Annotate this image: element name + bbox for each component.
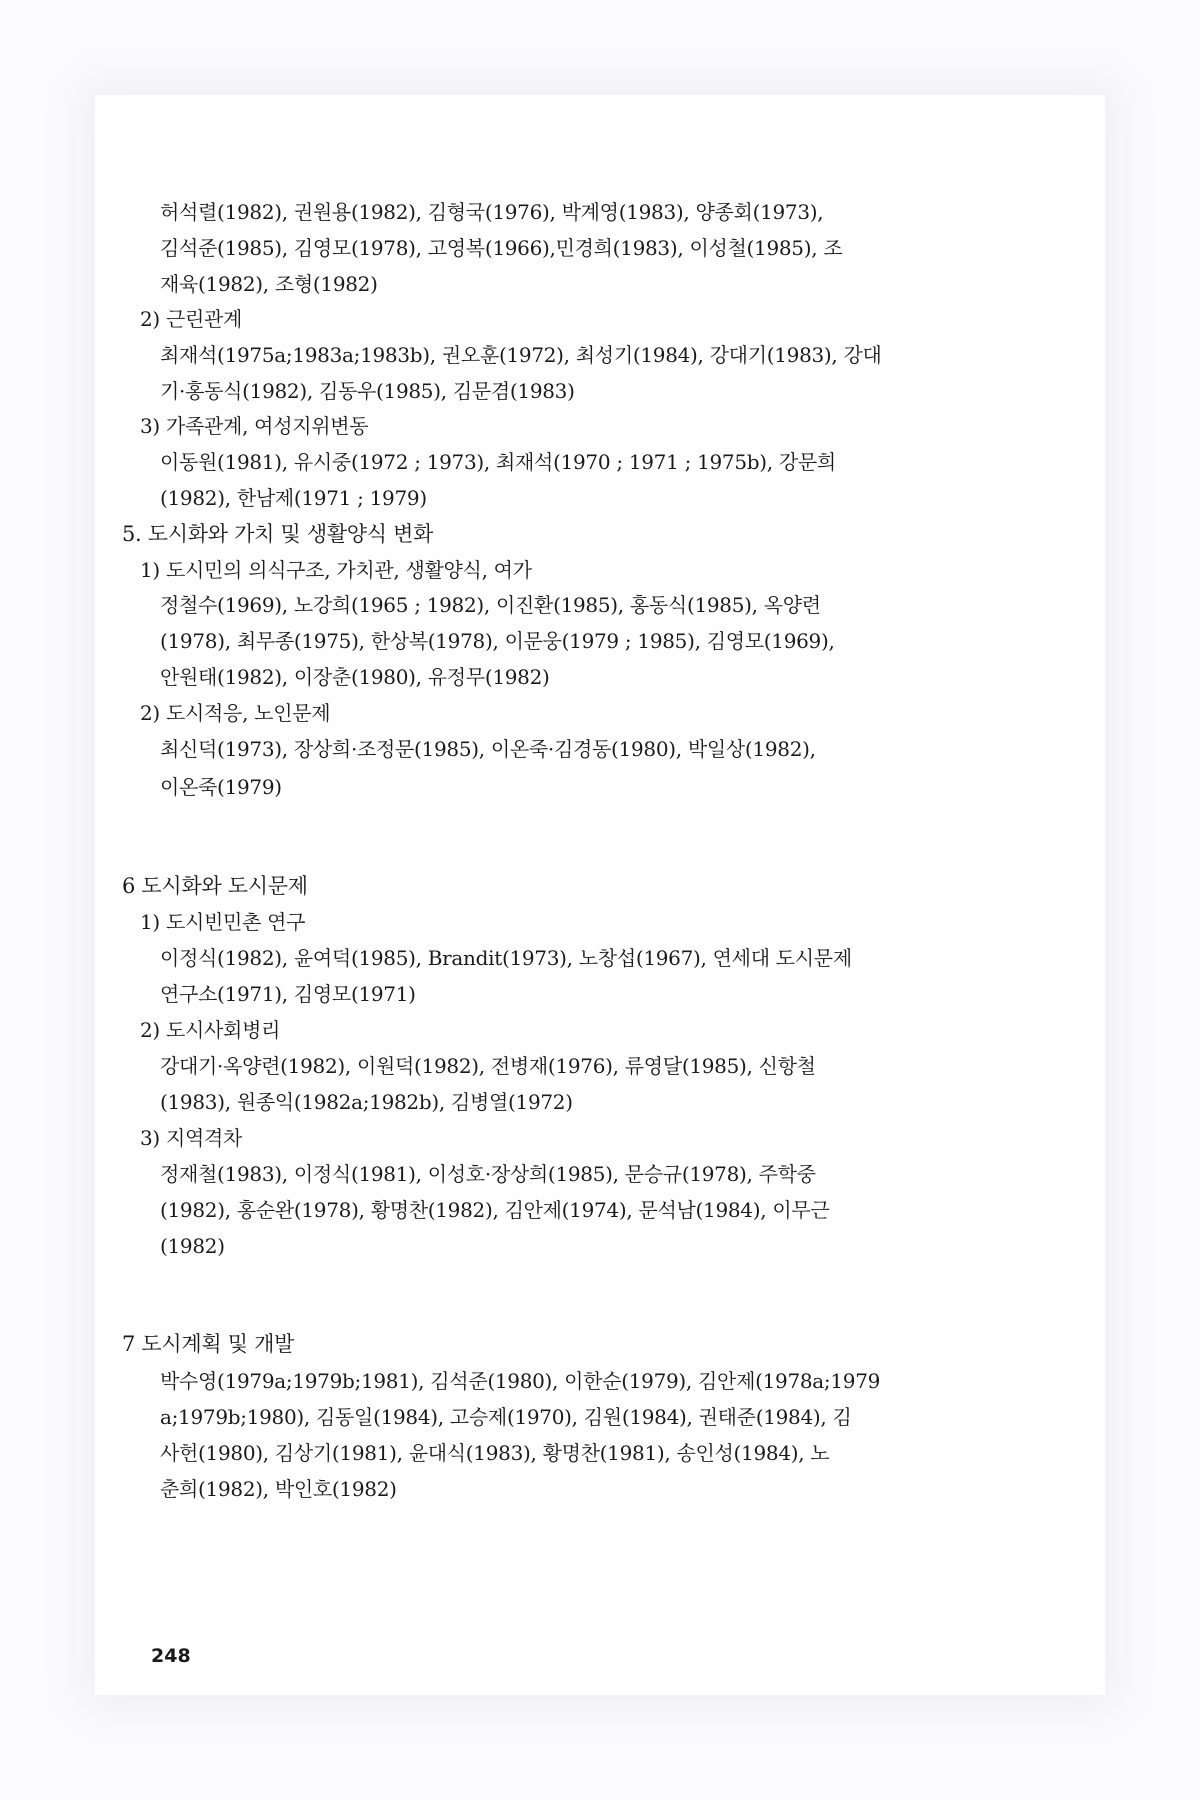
reference-line: 정재철(1983), 이정식(1981), 이성호·장상희(1985), 문승규… <box>160 1160 816 1188</box>
document-page: 허석렬(1982), 권원용(1982), 김형국(1976), 박계영(198… <box>0 0 1200 1800</box>
subsection-heading: 1) 도시빈민촌 연구 <box>140 908 305 936</box>
reference-line: (1982) <box>160 1232 225 1260</box>
reference-line: (1983), 원종익(1982a;1982b), 김병열(1972) <box>160 1088 573 1116</box>
reference-line: 이온죽(1979) <box>160 773 282 801</box>
reference-line: 박수영(1979a;1979b;1981), 김석준(1980), 이한순(19… <box>160 1367 880 1395</box>
page-number: 248 <box>151 1645 191 1667</box>
reference-line: 안원태(1982), 이장춘(1980), 유정무(1982) <box>160 663 550 691</box>
reference-line: a;1979b;1980), 김동일(1984), 고승제(1970), 김원(… <box>160 1403 852 1431</box>
subsection-heading: 2) 도시사회병리 <box>140 1016 280 1044</box>
reference-line: 기·홍동식(1982), 김동우(1985), 김문겸(1983) <box>160 377 575 405</box>
reference-line: 재육(1982), 조형(1982) <box>160 270 378 298</box>
reference-line: 강대기·옥양련(1982), 이원덕(1982), 전병재(1976), 류영달… <box>160 1052 816 1080</box>
section-heading: 6 도시화와 도시문제 <box>122 872 308 900</box>
reference-line: 춘희(1982), 박인호(1982) <box>160 1475 397 1503</box>
reference-line: (1982), 홍순완(1978), 황명찬(1982), 김안제(1974),… <box>160 1196 829 1224</box>
subsection-heading: 2) 도시적응, 노인문제 <box>140 699 330 727</box>
reference-line: 허석렬(1982), 권원용(1982), 김형국(1976), 박계영(198… <box>160 198 823 226</box>
subsection-heading: 3) 가족관계, 여성지위변동 <box>140 412 368 440</box>
reference-line: (1982), 한남제(1971 ; 1979) <box>160 484 427 512</box>
reference-line: 이동원(1981), 유시중(1972 ; 1973), 최재석(1970 ; … <box>160 448 836 476</box>
subsection-heading: 1) 도시민의 의식구조, 가치관, 생활양식, 여가 <box>140 556 532 584</box>
subsection-heading: 2) 근린관계 <box>140 305 242 333</box>
subsection-heading: 3) 지역격차 <box>140 1124 242 1152</box>
reference-line: 최재석(1975a;1983a;1983b), 권오훈(1972), 최성기(1… <box>160 341 882 369</box>
reference-line: 정철수(1969), 노강희(1965 ; 1982), 이진환(1985), … <box>160 591 821 619</box>
reference-line: 김석준(1985), 김영모(1978), 고영복(1966),민경희(1983… <box>160 234 842 262</box>
section-heading: 5. 도시화와 가치 및 생활양식 변화 <box>122 520 433 548</box>
reference-line: (1978), 최무종(1975), 한상복(1978), 이문웅(1979 ;… <box>160 627 835 655</box>
reference-line: 사헌(1980), 김상기(1981), 윤대식(1983), 황명찬(1981… <box>160 1439 829 1467</box>
section-heading: 7 도시계획 및 개발 <box>122 1330 294 1358</box>
reference-line: 이정식(1982), 윤여덕(1985), Brandit(1973), 노창섭… <box>160 944 852 972</box>
reference-line: 최신덕(1973), 장상희·조정문(1985), 이온죽·김경동(1980),… <box>160 735 816 763</box>
reference-line: 연구소(1971), 김영모(1971) <box>160 980 416 1008</box>
